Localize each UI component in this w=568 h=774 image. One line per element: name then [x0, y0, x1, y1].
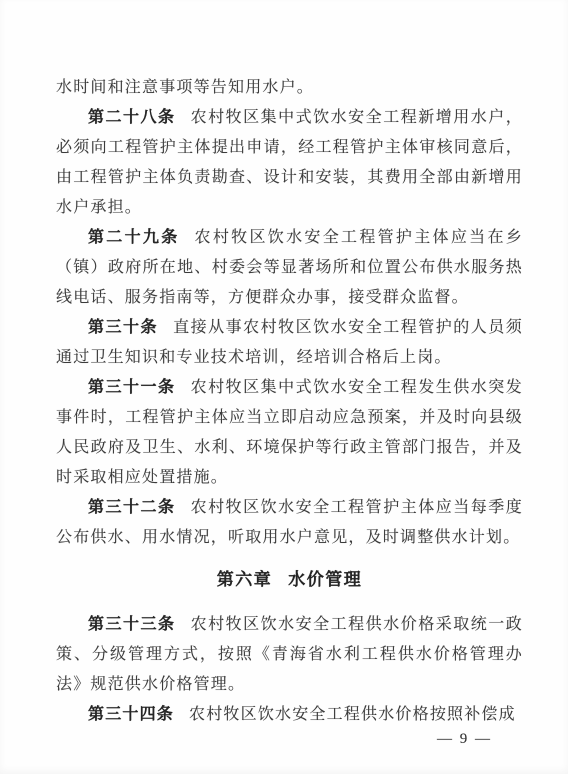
article-34-text: 农村牧区饮水安全工程供水价格按照补偿成 [189, 706, 516, 723]
document-text-block: 水时间和注意事项等告知用水户。 第二十八条农村牧区集中式饮水安全工程新增用水户，… [56, 73, 523, 730]
article-34-paragraph: 第三十四条农村牧区饮水安全工程供水价格按照补偿成 [56, 700, 523, 730]
article-31-paragraph: 第三十一条农村牧区集中式饮水安全工程发生供水突发事件时，工程管护主体应当立即启动… [56, 373, 523, 493]
article-28-paragraph: 第二十八条农村牧区集中式饮水安全工程新增用水户，必须向工程管护主体提出申请，经工… [56, 103, 523, 223]
article-31-number: 第三十一条 [88, 379, 176, 396]
article-30-paragraph: 第三十条直接从事农村牧区饮水安全工程管护的人员须通过卫生知识和专业技术培训，经培… [56, 313, 523, 373]
article-33-number: 第三十三条 [88, 616, 176, 633]
paragraph-continuation: 水时间和注意事项等告知用水户。 [56, 73, 523, 103]
chapter-number: 第六章 [217, 570, 273, 589]
article-33-paragraph: 第三十三条农村牧区饮水安全工程供水价格采取统一政策、分级管理方式，按照《青海省水… [56, 610, 523, 700]
article-32-paragraph: 第三十二条农村牧区饮水安全工程管护主体应当每季度公布供水、用水情况，听取用水户意… [56, 493, 523, 553]
scanned-document-page: 水时间和注意事项等告知用水户。 第二十八条农村牧区集中式饮水安全工程新增用水户，… [0, 0, 568, 774]
page-number: — 9 — [437, 731, 492, 748]
article-30-number: 第三十条 [88, 319, 158, 336]
article-29-paragraph: 第二十九条农村牧区饮水安全工程管护主体应当在乡（镇）政府所在地、村委会等显著场所… [56, 223, 523, 313]
article-32-number: 第三十二条 [88, 499, 176, 516]
chapter-title: 水价管理 [288, 570, 362, 589]
article-28-number: 第二十八条 [88, 109, 176, 126]
article-29-number: 第二十九条 [88, 229, 180, 246]
article-34-number: 第三十四条 [88, 706, 174, 723]
chapter-heading: 第六章水价管理 [56, 565, 523, 595]
